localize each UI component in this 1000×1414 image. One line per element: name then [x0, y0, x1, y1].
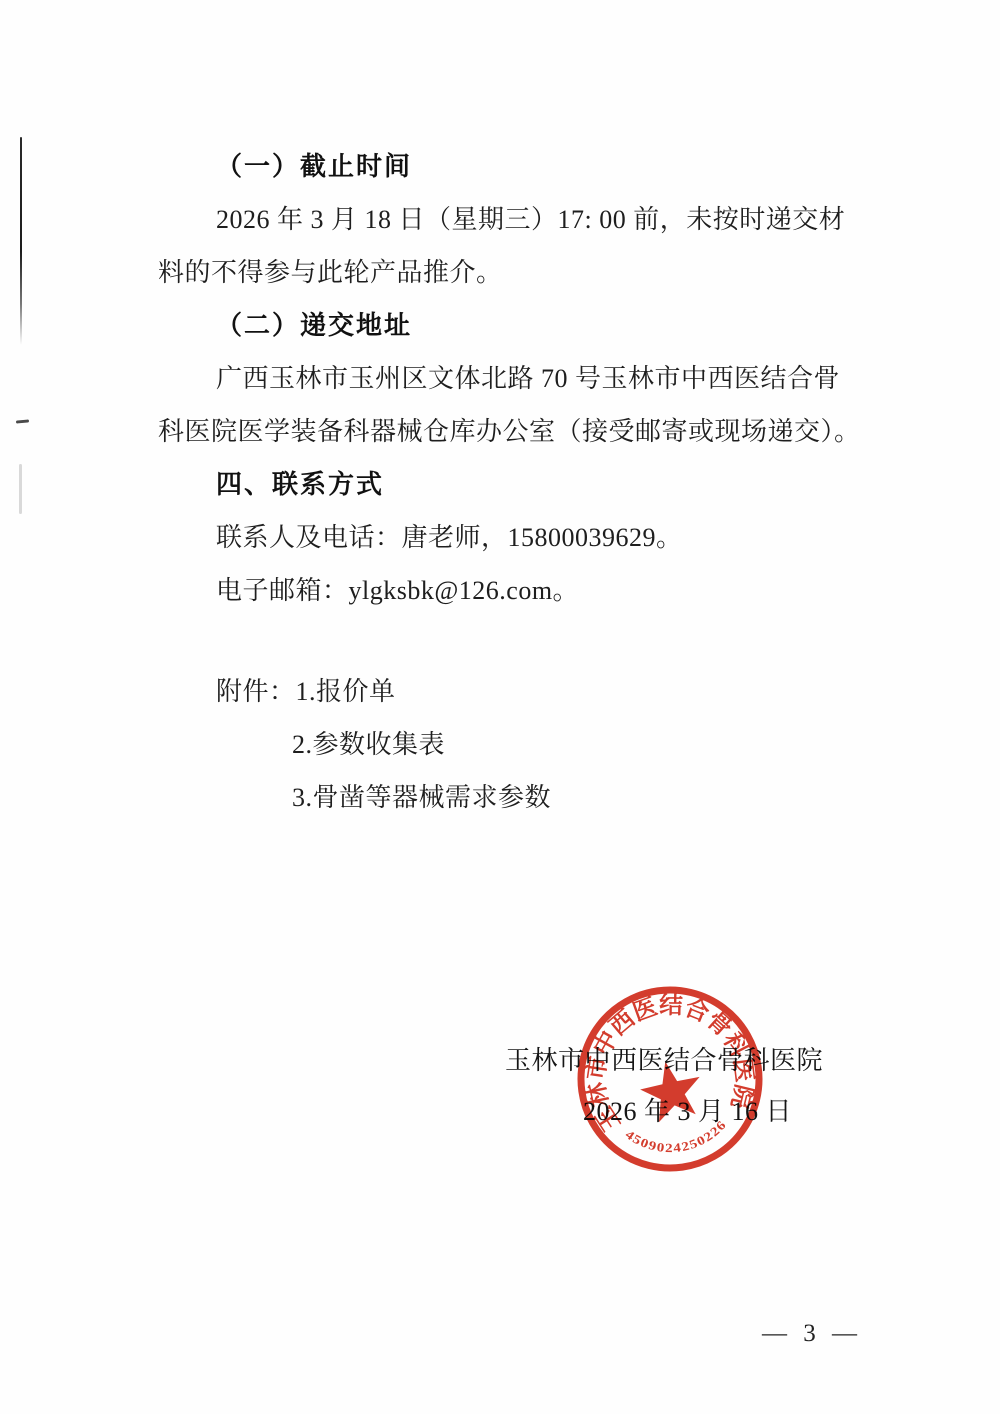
document-body: （一）截止时间 2026 年 3 月 18 日（星期三）17: 00 前，未按时… [158, 140, 858, 824]
attachment-item-3: 3.骨凿等器械需求参数 [158, 771, 858, 824]
page-number: — 3 — [762, 1320, 862, 1348]
seal-star-icon [636, 1055, 708, 1124]
scan-artifact-smudge [19, 464, 22, 514]
heading-address: （二）递交地址 [158, 299, 858, 352]
heading-contact: 四、联系方式 [158, 458, 858, 511]
scan-artifact-line [20, 137, 22, 345]
attachment-item-2: 2.参数收集表 [158, 718, 858, 771]
heading-deadline: （一）截止时间 [158, 140, 858, 193]
para-address-line-2: 科医院医学装备科器械仓库办公室（接受邮寄或现场递交）。 [158, 405, 858, 458]
para-deadline-line-1: 2026 年 3 月 18 日（星期三）17: 00 前，未按时递交材 [158, 193, 858, 246]
para-contact-email: 电子邮箱：ylgksbk@126.com。 [158, 564, 858, 617]
attachment-item-1: 附件：1.报价单 [158, 665, 858, 718]
para-address-line-1: 广西玉林市玉州区文体北路 70 号玉林市中西医结合骨 [158, 352, 858, 405]
seal-ring-text: 玉林市中西医结合骨科医院 [575, 984, 763, 1138]
para-deadline-line-2: 料的不得参与此轮产品推介。 [158, 246, 858, 299]
para-contact-phone: 联系人及电话：唐老师，15800039629。 [158, 511, 858, 564]
scan-artifact-dash [16, 419, 29, 423]
official-seal: 玉林市中西医结合骨科医院 4509024250226 [575, 984, 765, 1174]
document-page: （一）截止时间 2026 年 3 月 18 日（星期三）17: 00 前，未按时… [0, 0, 1000, 1414]
